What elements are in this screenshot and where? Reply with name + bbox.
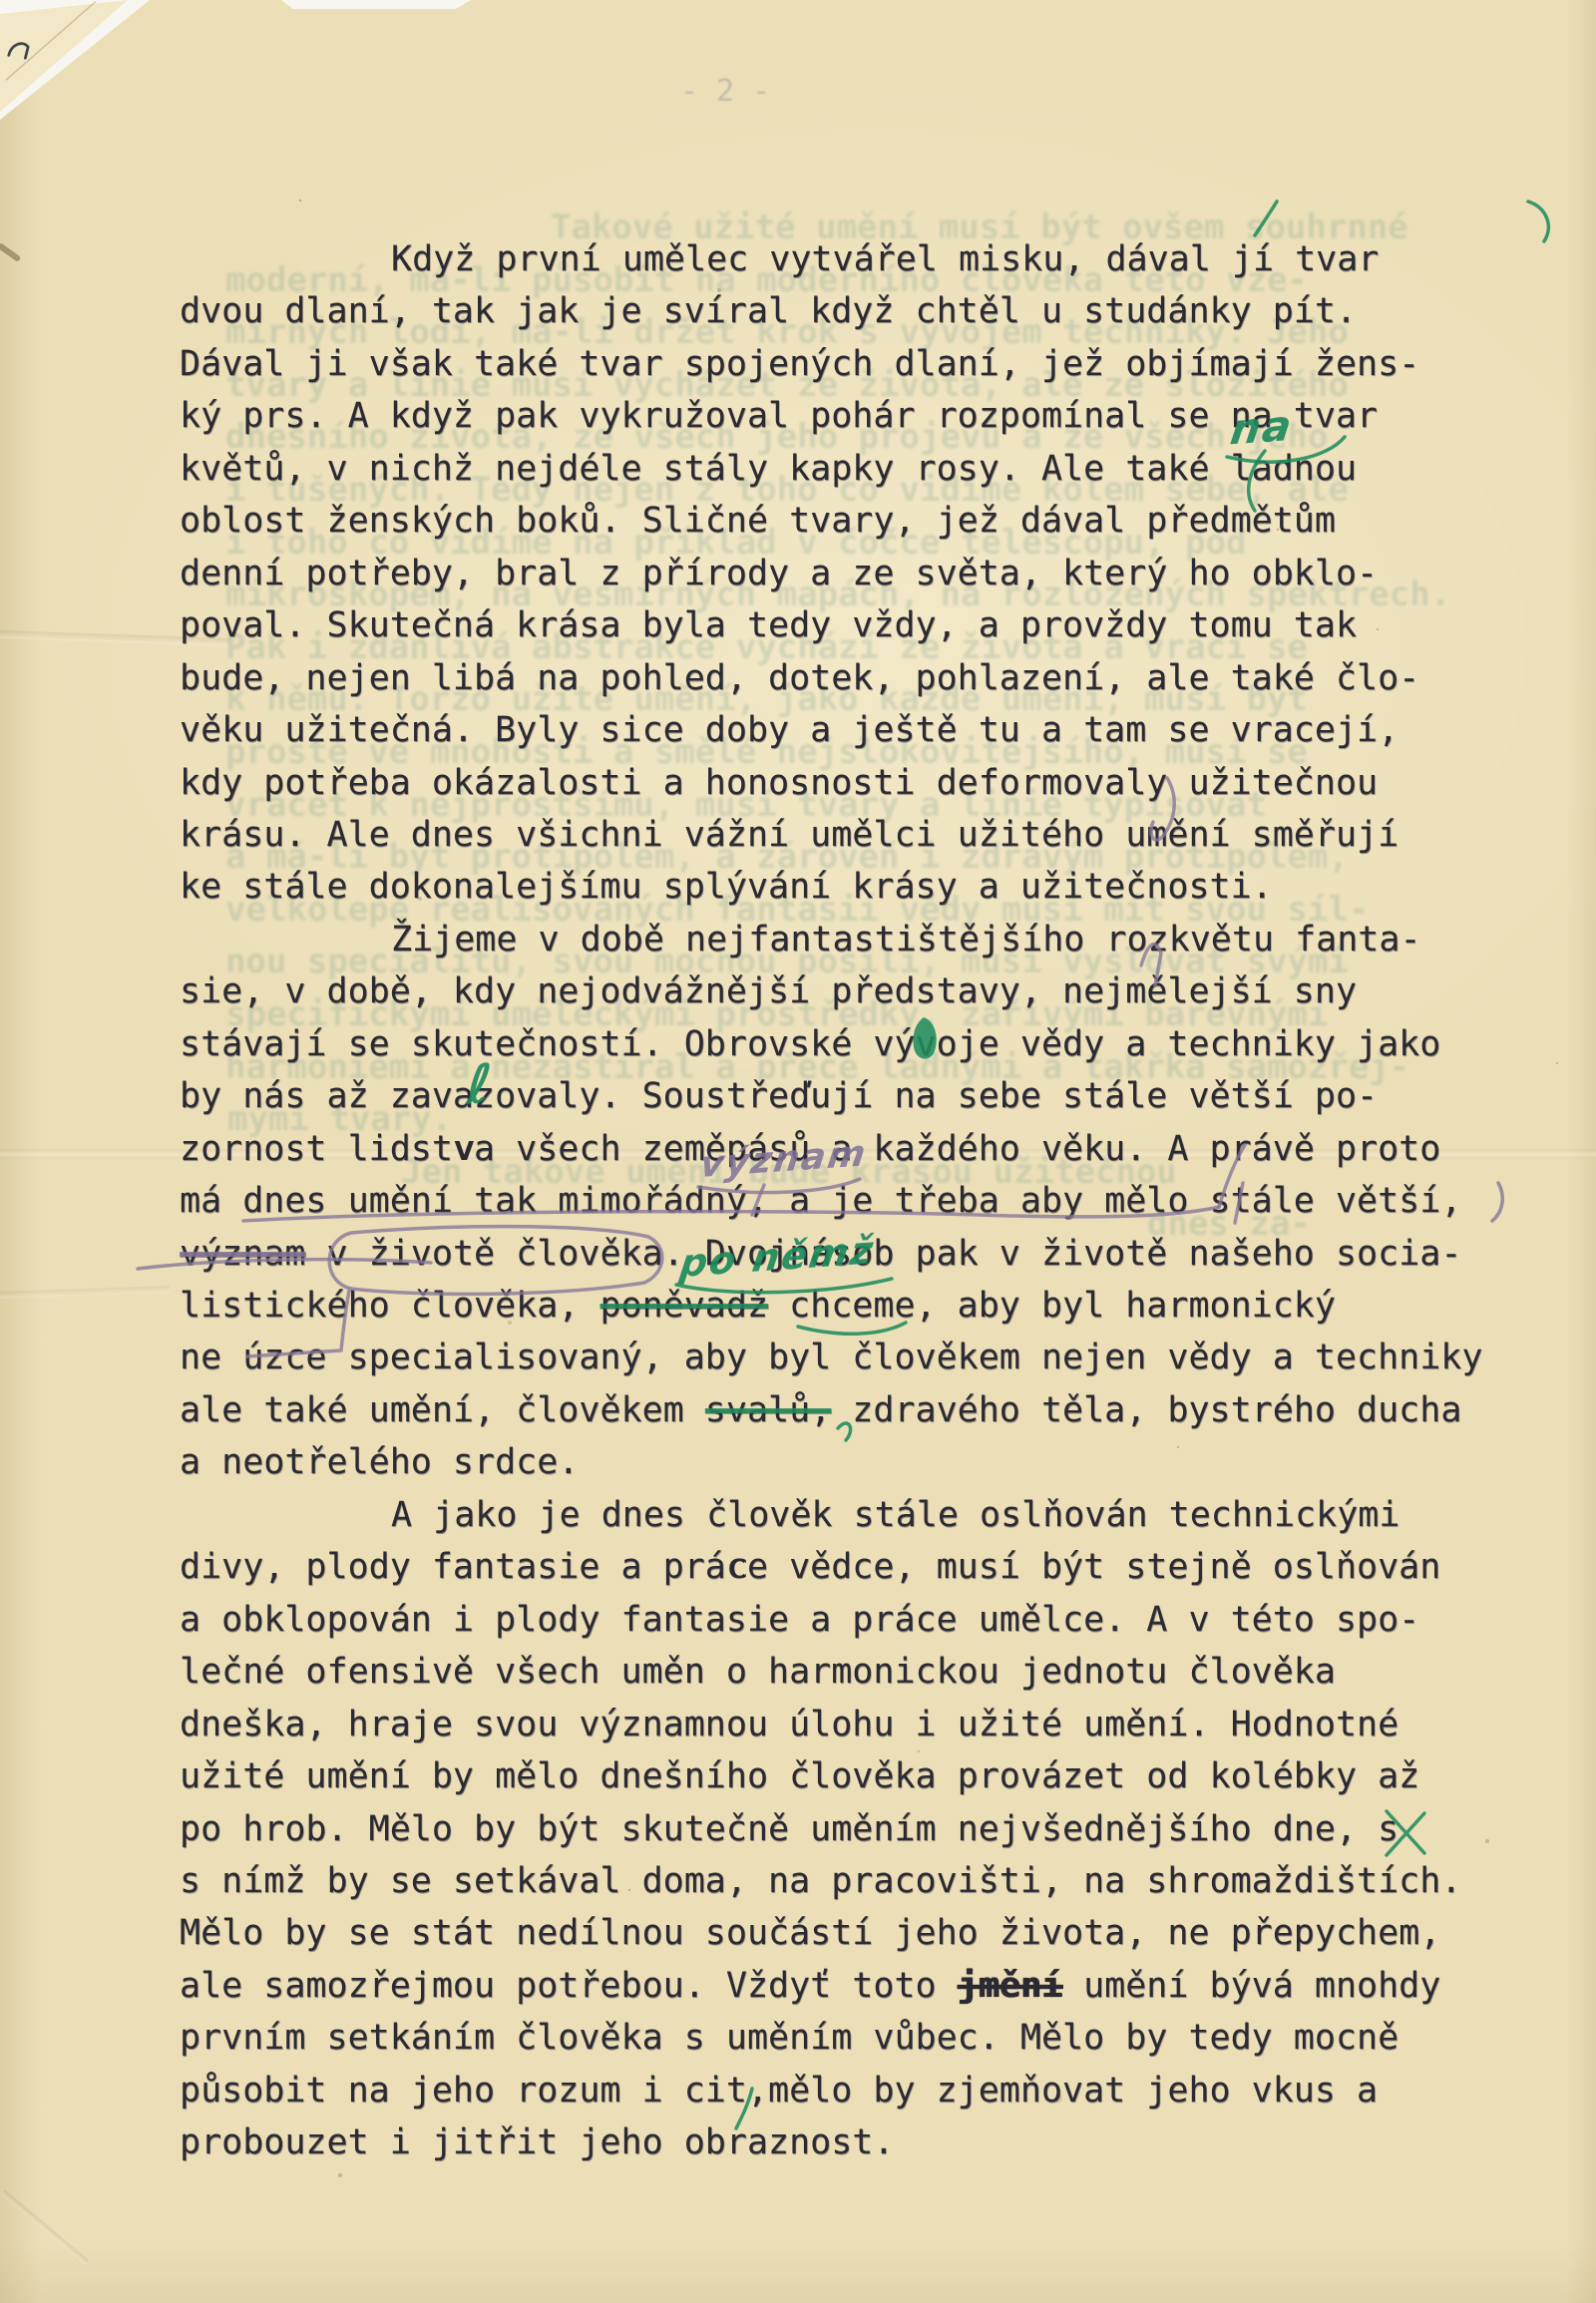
paper-sheet: Takové užité umění musí být ovšem souhrn… xyxy=(0,0,1596,2303)
typed-line: a obklopován i plody fantasie a práce um… xyxy=(180,1598,1419,1642)
typed-line: lečné ofensivě všech uměn o harmonickou … xyxy=(180,1650,1336,1694)
typed-line: listického člověka, poněvadž chceme, aby… xyxy=(180,1284,1336,1328)
typed-line: krásu. Ale dnes všichni vážní umělci uži… xyxy=(180,813,1398,857)
typed-line: denní potřeby, bral z přírody a ze světa… xyxy=(180,552,1378,595)
typed-line: Žijeme v době nejfantastištějšího rozkvě… xyxy=(180,918,1421,961)
typed-line: věku užitečná. Byly sice doby a ještě tu… xyxy=(180,708,1398,752)
typed-over-mark: c xyxy=(726,1547,747,1587)
handwritten-na-correction: na xyxy=(1228,401,1297,455)
typed-line: poval. Skutečná krása byla tedy vždy, a … xyxy=(180,603,1357,647)
typed-line: Mělo by se stát nedílnou součástí jeho ž… xyxy=(180,1911,1440,1955)
typed-line: oblost ženských boků. Sličné tvary, jež … xyxy=(180,499,1336,543)
typed-line: po hrob. Mělo by být skutečně uměním nej… xyxy=(180,1807,1398,1851)
typed-over-mark: v xyxy=(453,1129,474,1169)
typed-line: prvním setkáním člověka s uměním vůbec. … xyxy=(180,2016,1398,2060)
typed-line: by nás až zavazovaly. Soustřeďují na seb… xyxy=(180,1074,1378,1118)
typed-line: květů, v nichž nejdéle stály kapky rosy.… xyxy=(180,447,1357,491)
typed-line: stávají se skutečností. Obrovské vývoje … xyxy=(180,1022,1440,1066)
typed-line: ale samozřejmou potřebou. Vždyť toto jmě… xyxy=(180,1964,1440,2008)
typed-line: dneška, hraje svou významnou úlohu i uži… xyxy=(180,1703,1398,1746)
typed-line: probouzet i jitřit jeho obraznost. xyxy=(180,2120,894,2164)
typed-line: užité umění by mělo dnešního člověka pro… xyxy=(180,1754,1419,1798)
typed-line: působit na jeho rozum i cit,mělo by zjem… xyxy=(180,2069,1378,2112)
typed-line: dvou dlaní, tak jak je svíral když chtěl… xyxy=(180,289,1357,333)
green-strike-mark: poněvadž xyxy=(599,1286,768,1326)
typed-line: ale také umění, člověkem svalů, zdravého… xyxy=(180,1388,1461,1432)
typed-line: sie, v době, kdy nejodvážnější představy… xyxy=(180,969,1357,1013)
typed-line: ke stále dokonalejšímu splývání krásy a … xyxy=(180,865,1273,909)
typed-line: divy, plody fantasie a práce vědce, musí… xyxy=(180,1545,1440,1589)
typed-line: ne úzce specialisovaný, aby byl člověkem… xyxy=(180,1336,1482,1379)
typed-line: ký prs. A když pak vykružoval pohár rozp… xyxy=(180,394,1378,438)
scanned-document: Takové užité umění musí být ovšem souhrn… xyxy=(0,0,1596,2303)
pencil-strike-mark: význam xyxy=(180,1234,305,1274)
typed-line: má dnes umění tak mimořádný, a je třeba … xyxy=(180,1179,1461,1223)
typed-line: Dával ji však také tvar spojených dlaní,… xyxy=(180,342,1419,386)
typed-line: kdy potřeba okázalosti a honosnosti defo… xyxy=(180,761,1378,805)
green-strike-mark: svalů, xyxy=(705,1390,831,1430)
typed-x-mark: jmění xyxy=(958,1966,1062,2006)
typed-line: a neotřelého srdce. xyxy=(180,1440,579,1484)
typed-line: bude, nejen libá na pohled, dotek, pohla… xyxy=(180,656,1419,700)
typed-line: Když první umělec vytvářel misku, dával … xyxy=(180,237,1379,281)
typed-line: s nímž by se setkával doma, na pracovišt… xyxy=(180,1859,1461,1903)
typed-line: A jako je dnes člověk stále oslňován tec… xyxy=(180,1493,1399,1537)
